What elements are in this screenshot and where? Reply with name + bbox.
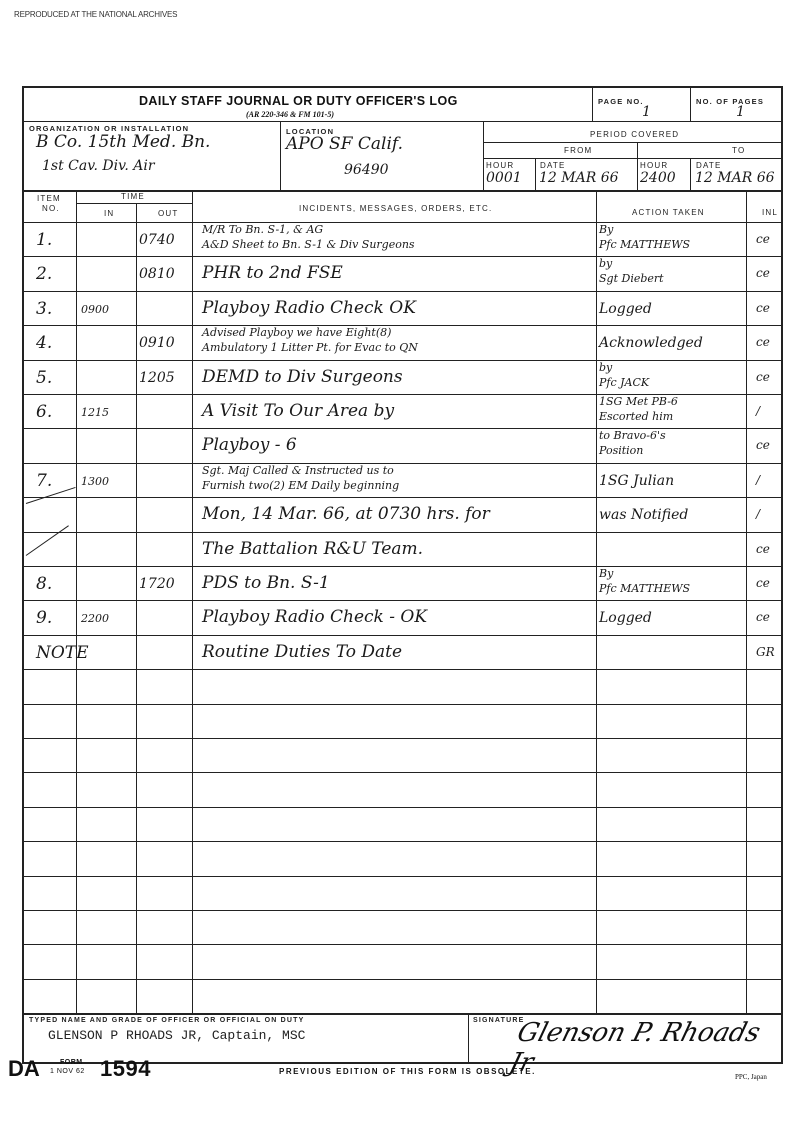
action-line-2[interactable]: Escorted him — [599, 410, 673, 423]
initials-mark[interactable]: ce — [756, 438, 770, 452]
duty-log-form: DAILY STAFF JOURNAL OR DUTY OFFICER'S LO… — [22, 86, 783, 1064]
officer-label: TYPED NAME AND GRADE OF OFFICER OR OFFIC… — [29, 1017, 304, 1024]
item-number[interactable]: 2. — [36, 264, 52, 284]
signature-label: SIGNATURE — [473, 1017, 525, 1024]
time-out[interactable]: 0740 — [139, 232, 175, 248]
action-line-2[interactable]: Pfc JACK — [599, 376, 649, 389]
previous-edition-note: PREVIOUS EDITION OF THIS FORM IS OBSOLET… — [279, 1067, 536, 1076]
incident-line[interactable]: M/R To Bn. S-1, & AG — [202, 223, 323, 236]
action-line[interactable]: By — [599, 223, 613, 236]
action-line-2[interactable]: was Notified — [599, 507, 688, 523]
table-row: 8.1720PDS to Bn. S-1ByPfc MATTHEWSce — [24, 566, 781, 600]
table-row: Playboy - 6to Bravo-6'sPositionce — [24, 428, 781, 462]
signature[interactable]: Glenson P. Rhoads Jr — [506, 1018, 789, 1078]
item-number[interactable]: 4. — [36, 333, 52, 353]
incident-line[interactable]: Routine Duties To Date — [202, 642, 402, 662]
form-date: 1 NOV 62 — [50, 1068, 85, 1076]
archive-stamp: REPRODUCED AT THE NATIONAL ARCHIVES — [14, 10, 177, 19]
time-out[interactable]: 0810 — [139, 266, 175, 282]
initials-mark[interactable]: ce — [756, 576, 770, 590]
initials-mark[interactable]: ce — [756, 301, 770, 315]
incident-line[interactable]: Playboy Radio Check OK — [202, 298, 416, 318]
incident-line[interactable]: Mon, 14 Mar. 66, at 0730 hrs. for — [202, 504, 490, 524]
incident-line[interactable]: PDS to Bn. S-1 — [202, 573, 330, 593]
action-line[interactable]: By — [599, 567, 613, 580]
item-number[interactable]: 1. — [36, 230, 52, 250]
action-line[interactable]: 1SG Met PB-6 — [599, 395, 678, 408]
initials-mark[interactable]: ce — [756, 266, 770, 280]
action-line[interactable]: by — [599, 361, 612, 374]
time-in[interactable]: 0900 — [81, 303, 109, 316]
table-row: 1.0740M/R To Bn. S-1, & AGA&D Sheet to B… — [24, 222, 781, 256]
item-number[interactable]: 3. — [36, 299, 52, 319]
incident-line[interactable]: The Battalion R&U Team. — [202, 539, 423, 559]
incident-line-2[interactable]: Ambulatory 1 Litter Pt. for Evac to QN — [202, 341, 418, 354]
action-line-2[interactable]: 1SG Julian — [599, 473, 674, 489]
initials-mark[interactable]: GR — [756, 645, 775, 659]
incident-line[interactable]: Playboy Radio Check - OK — [202, 607, 427, 627]
action-line-2[interactable]: Logged — [599, 610, 652, 626]
initials-mark[interactable]: ce — [756, 370, 770, 384]
initials-mark[interactable]: ce — [756, 610, 770, 624]
printer-mark: PPC, Japan — [735, 1073, 767, 1081]
incident-line[interactable]: A Visit To Our Area by — [202, 401, 394, 421]
time-out[interactable]: 1720 — [139, 576, 175, 592]
item-number[interactable]: 7. — [36, 471, 52, 491]
table-row: 2.0810PHR to 2nd FSEbySgt Diebertce — [24, 256, 781, 290]
time-in[interactable]: 2200 — [81, 612, 109, 625]
time-in[interactable]: 1215 — [81, 406, 109, 419]
form-word: FORM — [60, 1059, 83, 1067]
incident-line[interactable]: Advised Playboy we have Eight(8) — [202, 326, 391, 339]
initials-mark[interactable]: / — [756, 404, 760, 418]
initials-mark[interactable]: ce — [756, 542, 770, 556]
incident-line[interactable]: PHR to 2nd FSE — [202, 263, 343, 283]
item-number[interactable]: 9. — [36, 608, 52, 628]
action-line-2[interactable]: Sgt Diebert — [599, 272, 664, 285]
table-row: 4.0910Advised Playboy we have Eight(8)Am… — [24, 325, 781, 359]
time-in[interactable]: 1300 — [81, 475, 109, 488]
table-row: 3.0900Playboy Radio Check OKLoggedce — [24, 291, 781, 325]
item-number[interactable]: 5. — [36, 368, 52, 388]
table-row: 7.1300Sgt. Maj Called & Instructed us to… — [24, 463, 781, 497]
incident-line-2[interactable]: A&D Sheet to Bn. S-1 & Div Surgeons — [202, 238, 415, 251]
action-line-2[interactable]: Acknowledged — [599, 335, 703, 351]
action-line-2[interactable]: Pfc MATTHEWS — [599, 238, 690, 251]
incident-line[interactable]: DEMD to Div Surgeons — [202, 367, 403, 387]
table-row: Mon, 14 Mar. 66, at 0730 hrs. forwas Not… — [24, 497, 781, 531]
incident-line-2[interactable]: Furnish two(2) EM Daily beginning — [202, 479, 399, 492]
incident-line[interactable]: Playboy - 6 — [202, 435, 297, 455]
log-table: 1.0740M/R To Bn. S-1, & AGA&D Sheet to B… — [24, 88, 781, 1018]
action-line[interactable]: by — [599, 257, 612, 270]
time-out[interactable]: 1205 — [139, 370, 175, 386]
table-row: 9.2200Playboy Radio Check - OKLoggedce — [24, 600, 781, 634]
table-row: NOTERoutine Duties To DateGR — [24, 635, 781, 669]
action-line-2[interactable]: Position — [599, 444, 643, 457]
officer-name[interactable]: GLENSON P RHOADS JR, Captain, MSC — [48, 1028, 305, 1043]
table-row: 6.1215A Visit To Our Area by1SG Met PB-6… — [24, 394, 781, 428]
item-number[interactable]: 6. — [36, 402, 52, 422]
item-number[interactable]: NOTE — [36, 643, 89, 663]
initials-mark[interactable]: / — [756, 473, 760, 487]
incident-line[interactable]: Sgt. Maj Called & Instructed us to — [202, 464, 394, 477]
table-row: 5.1205DEMD to Div SurgeonsbyPfc JACKce — [24, 360, 781, 394]
time-out[interactable]: 0910 — [139, 335, 175, 351]
action-line-2[interactable]: Logged — [599, 301, 652, 317]
initials-mark[interactable]: / — [756, 507, 760, 521]
form-da: DA — [8, 1056, 40, 1082]
action-line[interactable]: to Bravo-6's — [599, 429, 666, 442]
table-row: The Battalion R&U Team.ce — [24, 532, 781, 566]
form-number: 1594 — [100, 1056, 151, 1082]
initials-mark[interactable]: ce — [756, 335, 770, 349]
initials-mark[interactable]: ce — [756, 232, 770, 246]
action-line-2[interactable]: Pfc MATTHEWS — [599, 582, 690, 595]
item-number[interactable]: 8. — [36, 574, 52, 594]
